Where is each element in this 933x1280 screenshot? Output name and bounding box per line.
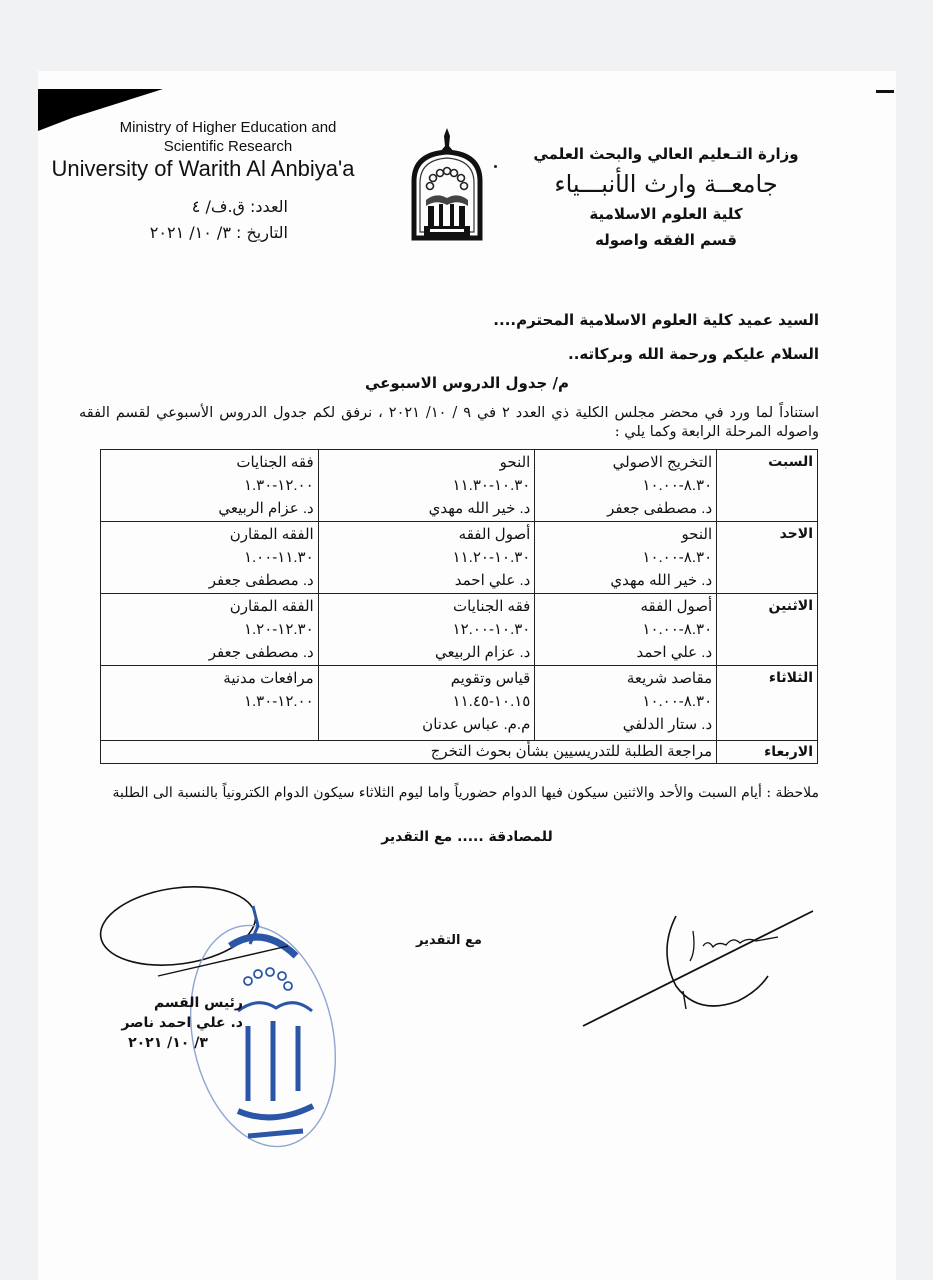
schedule-cell: قياس وتقويم ١٠.١٥-١١.٤٥ م.م. عباس عدنان	[318, 666, 535, 741]
reference-date: التاريخ : ٣/ ١٠/ ٢٠٢١	[138, 220, 288, 246]
course-time: ٨.٣٠-١٠.٠٠	[539, 546, 712, 569]
schedule-cell: أصول الفقه ٨.٣٠-١٠.٠٠ د. علي احمد	[535, 594, 717, 666]
table-row-monday: الاثنين أصول الفقه ٨.٣٠-١٠.٠٠ د. علي احم…	[101, 594, 818, 666]
head-date: ٣/ ١٠/ ٢٠٢١	[93, 1033, 243, 1053]
university-name-en: University of Warith Al Anbiya'a	[38, 156, 368, 182]
course-time: ٨.٣٠-١٠.٠٠	[539, 690, 712, 713]
course-instructor: م.م. عباس عدنان	[323, 713, 531, 736]
subject-line: م/ جدول الدروس الاسبوعي	[38, 374, 896, 392]
course-time: ١٢.٠٠-١.٣٠	[105, 690, 314, 713]
department-name-ar: قسم الفقه واصوله	[516, 227, 816, 253]
university-name-ar: جامعــة وارث الأنبـــياء	[516, 167, 816, 201]
table-row-saturday: السبت التخريج الاصولي ٨.٣٠-١٠.٠٠ د. مصطف…	[101, 450, 818, 522]
table-row-tuesday: الثلاثاء مقاصد شريعة ٨.٣٠-١٠.٠٠ د. ستار …	[101, 666, 818, 741]
table-row-sunday: الاحد النحو ٨.٣٠-١٠.٠٠ د. خير الله مهدي …	[101, 522, 818, 594]
course-time: ١٢.٣٠-١.٢٠	[105, 618, 314, 641]
university-emblem-icon	[406, 126, 488, 244]
english-header: Ministry of Higher Education and Scienti…	[38, 118, 368, 182]
reference-number: العدد: ق.ف/ ٤	[138, 194, 288, 220]
course-time: ١١.٣٠-١.٠٠	[105, 546, 314, 569]
department-head-signature-block: رئيس القسم د. علي احمد ناصر ٣/ ١٠/ ٢٠٢١	[93, 993, 243, 1053]
schedule-cell: مرافعات مدنية ١٢.٠٠-١.٣٠	[101, 666, 319, 741]
schedule-cell: فقه الجنايات ١٢.٠٠-١.٣٠ د. عزام الربيعي	[101, 450, 319, 522]
schedule-cell: النحو ٨.٣٠-١٠.٠٠ د. خير الله مهدي	[535, 522, 717, 594]
course-instructor: د. خير الله مهدي	[539, 569, 712, 592]
approval-line: للمصادقة ..... مع التقدير	[38, 829, 896, 845]
scan-edge-mark	[876, 90, 894, 93]
day-cell: الاربعاء	[717, 741, 818, 764]
course-subject: التخريج الاصولي	[539, 451, 712, 474]
course-subject: فقه الجنايات	[323, 595, 531, 618]
course-time: ١٠.١٥-١١.٤٥	[323, 690, 531, 713]
course-subject: الفقه المقارن	[105, 595, 314, 618]
course-instructor: د. عزام الربيعي	[105, 497, 314, 520]
intro-paragraph: استناداً لما ورد في محضر مجلس الكلية ذي …	[79, 404, 819, 442]
arabic-header: وزارة التـعليم العالي والبحث العلمي جامع…	[516, 141, 816, 253]
day-cell: الاحد	[717, 522, 818, 594]
ministry-name-en: Ministry of Higher Education and Scienti…	[38, 118, 368, 156]
weekly-schedule-table: السبت التخريج الاصولي ٨.٣٠-١٠.٠٠ د. مصطف…	[100, 449, 818, 764]
addressee-line: السيد عميد كلية العلوم الاسلامية المحترم…	[119, 311, 819, 329]
course-subject: قياس وتقويم	[323, 667, 531, 690]
course-subject: أصول الفقه	[539, 595, 712, 618]
course-subject: مرافعات مدنية	[105, 667, 314, 690]
course-time: ٨.٣٠-١٠.٠٠	[539, 474, 712, 497]
decorative-dot	[494, 165, 497, 168]
college-name-ar: كلية العلوم الاسلامية	[516, 201, 816, 227]
course-time: ١٢.٠٠-١.٣٠	[105, 474, 314, 497]
course-time: ١٠.٣٠-١٢.٠٠	[323, 618, 531, 641]
day-cell: الثلاثاء	[717, 666, 818, 741]
head-title: رئيس القسم	[93, 993, 243, 1013]
course-instructor: د. مصطفى جعفر	[105, 569, 314, 592]
schedule-cell: النحو ١٠.٣٠-١١.٣٠ د. خير الله مهدي	[318, 450, 535, 522]
head-name: د. علي احمد ناصر	[93, 1013, 243, 1033]
course-instructor: د. ستار الدلفي	[539, 713, 712, 736]
schedule-cell: الفقه المقارن ١٢.٣٠-١.٢٠ د. مصطفى جعفر	[101, 594, 319, 666]
course-subject: مقاصد شريعة	[539, 667, 712, 690]
schedule-cell: أصول الفقه ١٠.٣٠-١١.٢٠ د. علي احمد	[318, 522, 535, 594]
course-subject: النحو	[323, 451, 531, 474]
course-time: ١٠.٣٠-١١.٣٠	[323, 474, 531, 497]
course-instructor: د. علي احمد	[323, 569, 531, 592]
schedule-cell: مقاصد شريعة ٨.٣٠-١٠.٠٠ د. ستار الدلفي	[535, 666, 717, 741]
course-time: ٨.٣٠-١٠.٠٠	[539, 618, 712, 641]
course-subject: فقه الجنايات	[105, 451, 314, 474]
day-cell: الاثنين	[717, 594, 818, 666]
table-row-wednesday: الاربعاء مراجعة الطلبة للتدريسيين بشأن ب…	[101, 741, 818, 764]
ministry-name-ar: وزارة التـعليم العالي والبحث العلمي	[516, 141, 816, 167]
schedule-cell: الفقه المقارن ١١.٣٠-١.٠٠ د. مصطفى جعفر	[101, 522, 319, 594]
course-instructor: د. مصطفى جعفر	[105, 641, 314, 664]
regards-line: مع التقدير	[416, 933, 482, 948]
day-cell: السبت	[717, 450, 818, 522]
wednesday-activity-cell: مراجعة الطلبة للتدريسيين بشأن بحوث التخر…	[101, 741, 717, 764]
reference-block: العدد: ق.ف/ ٤ التاريخ : ٣/ ١٠/ ٢٠٢١	[138, 194, 288, 246]
signature-icon	[578, 891, 818, 1031]
course-subject: أصول الفقه	[323, 523, 531, 546]
course-subject: النحو	[539, 523, 712, 546]
course-instructor: د. علي احمد	[539, 641, 712, 664]
schedule-cell: التخريج الاصولي ٨.٣٠-١٠.٠٠ د. مصطفى جعفر	[535, 450, 717, 522]
course-subject: الفقه المقارن	[105, 523, 314, 546]
greeting-line: السلام عليكم ورحمة الله وبركاته..	[119, 345, 819, 363]
course-instructor: د. عزام الربيعي	[323, 641, 531, 664]
course-instructor: د. خير الله مهدي	[323, 497, 531, 520]
course-time: ١٠.٣٠-١١.٢٠	[323, 546, 531, 569]
document-page: Ministry of Higher Education and Scienti…	[38, 71, 896, 1280]
course-instructor: د. مصطفى جعفر	[539, 497, 712, 520]
attendance-note: ملاحظة : أيام السبت والأحد والاثنين سيكو…	[79, 784, 819, 802]
schedule-cell: فقه الجنايات ١٠.٣٠-١٢.٠٠ د. عزام الربيعي	[318, 594, 535, 666]
